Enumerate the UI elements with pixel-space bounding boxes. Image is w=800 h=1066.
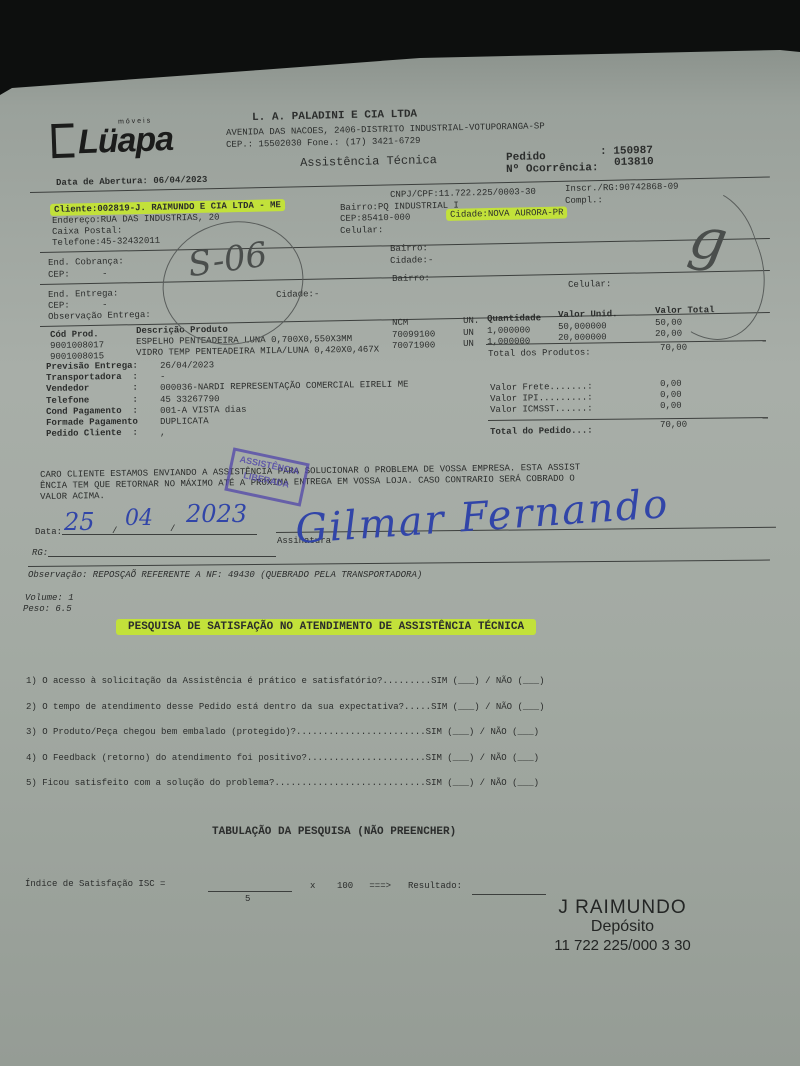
survey-question[interactable]: 5) Ficou satisfeito com a solução do pro… xyxy=(26,778,539,788)
date-separator: / xyxy=(112,526,117,536)
order-info-label: Transportadora : xyxy=(46,372,138,383)
client-city-field: Cidade:NOVA AURORA-PR xyxy=(446,207,568,220)
logo-text: Lüapa xyxy=(77,120,173,161)
product-qtd: 1,000000 xyxy=(487,325,530,336)
isc-multiplier: x 100 ===> xyxy=(310,881,391,891)
liberation-stamp: ASSISTÊNCIA LIBERADA xyxy=(224,447,309,506)
document-paper: móveis Lüapa L. A. PALADINI E CIA LTDA A… xyxy=(0,0,800,1066)
data-label: Data: xyxy=(35,527,62,537)
handwritten-signature: Gilmar Fernando xyxy=(294,481,671,553)
order-info-value: , xyxy=(160,428,166,438)
col-header-un: UN. xyxy=(463,316,479,326)
order-info-value: 26/04/2023 xyxy=(160,360,214,371)
entrega-bairro: Bairro: xyxy=(392,273,430,284)
logo-mark-icon xyxy=(51,123,74,158)
product-ncm: 70071900 xyxy=(392,340,435,351)
total-label: Valor ICMSST......: xyxy=(490,404,593,415)
product-total: 20,00 xyxy=(655,329,682,339)
order-info-value: 001-A VISTA dias xyxy=(160,405,247,416)
resultado-label: Resultado: xyxy=(408,881,462,891)
cobranca-end: End. Cobrança: xyxy=(48,256,124,268)
client-city: Cidade:NOVA AURORA-PR xyxy=(446,206,568,221)
total-produtos-label: Total dos Produtos: xyxy=(488,348,591,359)
order-info-label: Pedido Cliente : xyxy=(46,428,138,439)
signed-date-year: 2023 xyxy=(186,500,247,528)
company-logo: Lüapa xyxy=(51,120,173,163)
client-cep: CEP:85410-000 xyxy=(340,213,410,224)
signed-date-day: 25 xyxy=(64,508,95,536)
client-inscr: Inscr./RG:90742868-09 xyxy=(565,182,679,194)
divider xyxy=(28,560,770,567)
company-name: L. A. PALADINI E CIA LTDA xyxy=(252,109,417,124)
order-info-label: Cond Pagamento : xyxy=(46,406,138,417)
cobranca-cep: CEP: - xyxy=(48,269,108,280)
client-phone: Telefone:45-32432011 xyxy=(52,236,160,248)
client-caixa-postal: Caixa Postal: xyxy=(52,226,122,237)
signed-date-month: 04 xyxy=(125,506,153,531)
notice-line-3: VALOR ACIMA. xyxy=(40,491,105,502)
survey-question[interactable]: 1) O acesso à solicitação da Assistência… xyxy=(26,676,544,686)
product-un: UN xyxy=(463,328,474,338)
survey-title: PESQUISA DE SATISFAÇÃO NO ATENDIMENTO DE… xyxy=(116,619,536,635)
tabulation-title: TABULAÇÃO DA PESQUISA (NÃO PREENCHER) xyxy=(212,826,456,838)
total-pedido-label: Total do Pedido...: xyxy=(490,426,593,437)
col-header-cod: Cód Prod. xyxy=(50,329,99,340)
peso: Peso: 6.5 xyxy=(23,604,72,614)
client-bairro: Bairro:PQ INDUSTRIAL I xyxy=(340,201,459,213)
client-compl: Compl.: xyxy=(565,195,603,206)
date-separator: / xyxy=(170,524,175,534)
product-desc: VIDRO TEMP PENTEADEIRA MILA/LUNA 0,420X0… xyxy=(136,345,379,358)
total-label: Valor IPI.........: xyxy=(490,393,593,404)
product-qtd: 1,000000 xyxy=(487,336,530,347)
col-header-ncm: NCM xyxy=(392,318,408,328)
product-un: UN xyxy=(463,339,474,349)
entrega-end: End. Entrega: xyxy=(48,289,118,300)
total-value: 0,00 xyxy=(660,379,682,389)
company-address: AVENIDA DAS NACOES, 2406-DISTRITO INDUST… xyxy=(226,121,545,138)
divider xyxy=(488,417,768,421)
total-label: Valor Frete.......: xyxy=(490,382,593,393)
order-info-value: 000036-NARDI REPRESENTAÇÃO COMERCIAL EIR… xyxy=(160,380,409,393)
ocorrencia-label: Nº Ocorrência: xyxy=(506,162,599,176)
cobranca-cidade: Cidade:- xyxy=(390,255,433,266)
survey-title-wrap: PESQUISA DE SATISFAÇÃO NO ATENDIMENTO DE… xyxy=(116,621,536,633)
isc-label: Índice de Satisfação ISC = xyxy=(25,879,165,889)
total-value: 0,00 xyxy=(660,401,682,411)
order-info-label: Vendedor : xyxy=(46,383,138,394)
volume: Volume: 1 xyxy=(25,593,74,603)
total-produtos-value: 70,00 xyxy=(660,343,687,353)
resultado-line[interactable] xyxy=(472,894,546,895)
survey-question[interactable]: 2) O tempo de atendimento desse Pedido e… xyxy=(26,702,544,712)
rg-underline xyxy=(48,556,276,557)
ocorrencia-value: 013810 xyxy=(614,156,654,169)
isc-numerator-line[interactable] xyxy=(208,891,292,892)
entrega-cep: CEP: - xyxy=(48,300,108,311)
pedido-label: Pedido xyxy=(506,151,546,164)
product-unit: 50,000000 xyxy=(558,321,607,332)
product-cod: 9001008017 xyxy=(50,340,104,351)
total-pedido-value: 70,00 xyxy=(660,420,687,430)
receiver-stamp-unit: Depósito xyxy=(530,918,715,936)
total-value: 0,00 xyxy=(660,390,682,400)
entrega-observacao: Observação Entrega: xyxy=(48,310,151,322)
product-ncm: 70099100 xyxy=(392,329,435,340)
entrega-celular: Celular: xyxy=(568,279,611,290)
order-info-value: - xyxy=(160,372,166,382)
rg-label: RG: xyxy=(32,548,48,558)
order-info-value: DUPLICATA xyxy=(160,416,209,427)
isc-denominator: 5 xyxy=(245,894,250,904)
order-info-label: Previsão Entrega: xyxy=(46,361,138,372)
receiver-stamp-name: J RAIMUNDO xyxy=(530,897,715,919)
company-cep-phone: CEP.: 15502030 Fone.: (17) 3421-6729 xyxy=(226,136,421,150)
order-info-label: Telefone : xyxy=(46,394,138,405)
col-header-unit: Valor Unid. xyxy=(558,309,618,320)
client-celular: Celular: xyxy=(340,225,383,236)
observacao: Observação: REPOSÇAÕ REFERENTE A NF: 494… xyxy=(28,570,422,580)
col-header-qtd: Quantidade xyxy=(487,313,541,324)
client-address: Endereço:RUA DAS INDUSTRIAS, 20 xyxy=(52,212,220,226)
data-abertura: Data de Abertura: 06/04/2023 xyxy=(56,175,207,188)
survey-question[interactable]: 3) O Produto/Peça chegou bem embalado (p… xyxy=(26,727,539,737)
order-info-value: 45 33267790 xyxy=(160,394,220,405)
product-unit: 20,000000 xyxy=(558,332,607,343)
receiver-stamp-doc: 11 722 225/000 3 30 xyxy=(525,937,720,954)
client-cnpj: CNPJ/CPF:11.722.225/0003-30 xyxy=(390,187,536,200)
document-title: Assistência Técnica xyxy=(300,153,437,170)
order-info-label: Formade Pagamento xyxy=(46,417,138,428)
cobranca-bairro: Bairro: xyxy=(390,243,428,254)
survey-question[interactable]: 4) O Feedback (retorno) do atendimento f… xyxy=(26,753,539,763)
